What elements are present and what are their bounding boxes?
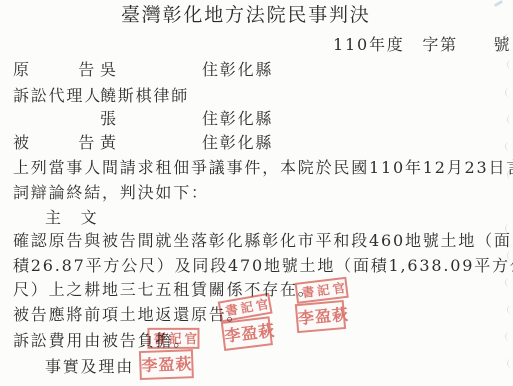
party-address: 住彰化縣	[202, 133, 273, 153]
clerk-stamp: 書記官 李盈萩	[293, 278, 349, 333]
scan-artifact	[505, 33, 513, 42]
stamp-name: 李盈萩	[221, 316, 273, 351]
scan-artifact	[507, 170, 513, 179]
party-role: 原告	[13, 60, 96, 80]
preamble-line: 上列當事人間請求租佃爭議事件，本院於民國110年12月23日言	[13, 158, 513, 178]
facts-heading: 事實及理由	[45, 357, 134, 377]
scan-artifact	[505, 224, 513, 233]
party-name: 張	[100, 109, 118, 129]
scan-artifact	[505, 278, 513, 287]
stamp-name: 李盈萩	[295, 300, 346, 333]
scan-artifact	[507, 305, 513, 314]
preamble-line: 詞辯論終結，判決如下：	[13, 183, 209, 203]
clerk-stamp: 書記官 李盈萩	[138, 327, 201, 380]
case-number: 110年度 字第 號	[333, 35, 511, 55]
party-name: 饒斯棋律師	[100, 86, 189, 106]
judgment-document-page: 臺灣彰化地方法院民事判決 110年度 字第 號 原告 吳 住彰化縣 訴訟代理人 …	[0, 0, 513, 386]
scan-artifact	[507, 115, 513, 124]
scan-artifact	[507, 60, 513, 69]
clerk-stamp: 書記官 李盈萩	[218, 294, 276, 351]
judgment-line: 積26.87平方公尺）及同段470地號土地（面積1,638.09平方公	[13, 256, 513, 276]
page-title: 臺灣彰化地方法院民事判決	[121, 5, 371, 25]
judgment-line: 被告應將前項土地返還原告。	[13, 305, 244, 325]
scan-artifact	[494, 0, 503, 7]
party-role: 訴訟代理人	[13, 86, 96, 106]
stamp-name: 李盈萩	[139, 349, 194, 380]
scan-artifact	[505, 88, 513, 97]
party-address: 住彰化縣	[202, 109, 273, 129]
party-role: 被告	[13, 133, 96, 153]
scan-artifact	[505, 142, 513, 151]
scan-artifact	[507, 251, 513, 260]
judgment-line: 確認原告與被告間就坐落彰化縣彰化市平和段460地號土地（面	[13, 231, 512, 251]
party-name: 黃	[100, 133, 118, 153]
party-name: 吳	[100, 60, 118, 80]
main-text-heading: 主 文	[45, 208, 98, 228]
stamp-title: 書記官	[147, 328, 199, 349]
scan-artifact	[507, 359, 513, 368]
scan-artifact	[505, 332, 513, 341]
party-address: 住彰化縣	[202, 60, 273, 80]
